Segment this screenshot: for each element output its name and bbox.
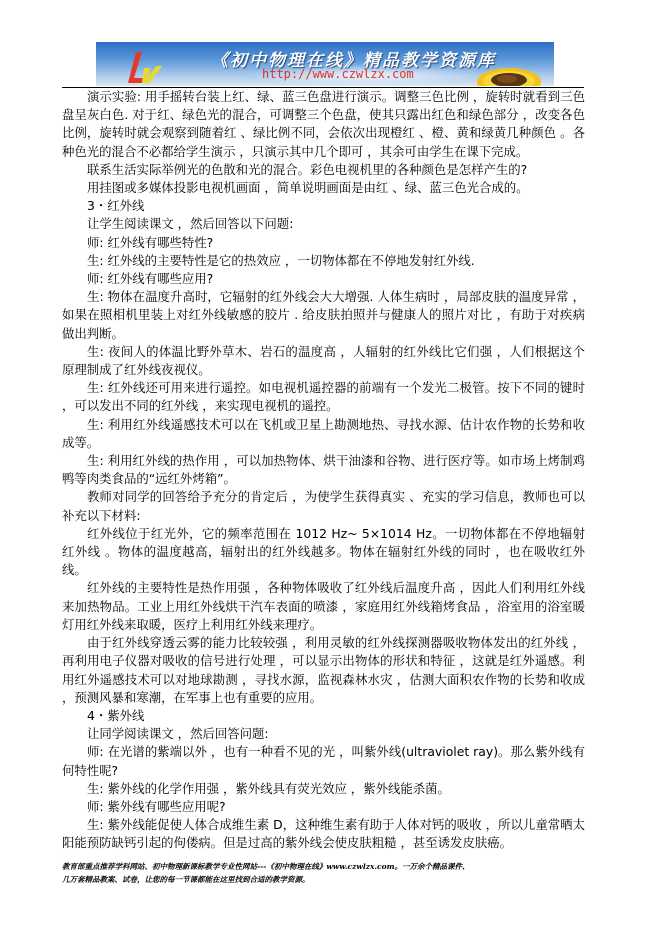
- footer-line-2: 几万套精品教案、试卷，让您的每一节课都能在这里找到合适的教学资源。: [62, 873, 592, 886]
- paragraph: 演示实验: 用手摇转台装上红、绿、蓝三色盘进行演示。调整三色比例 ，旋转时就看到…: [62, 88, 585, 161]
- dialogue-line: 生: 红外线还可用来进行遥控。如电视机遥控器的前端有一个发光二极管。按下不同的键…: [62, 379, 585, 415]
- dialogue-line: 生: 物体在温度升高时，它辐射的红外线会大大增强. 人体生病时 ，局部皮肤的温度…: [62, 288, 585, 343]
- dialogue-line: 师: 紫外线有哪些应用呢?: [62, 798, 585, 816]
- dialogue-line: 生: 紫外线能促使人体合成维生素 D，这种维生素有助于人体对钙的吸收 ，所以儿童…: [62, 816, 585, 852]
- dialogue-line: 生: 红外线的主要特性是它的热效应 ，一切物体都在不停地发射红外线.: [62, 252, 585, 270]
- dialogue-line: 师: 红外线有哪些特性?: [62, 234, 585, 252]
- document-body: 演示实验: 用手摇转台装上红、绿、蓝三色盘进行演示。调整三色比例 ，旋转时就看到…: [62, 88, 585, 853]
- section-heading: 4・紫外线: [62, 707, 585, 725]
- site-banner: 《初中物理在线》精品教学资源库 http://www.czwlzx.com: [96, 42, 554, 86]
- paragraph: 红外线位于红光外，它的频率范围在 1012 Hz~ 5×1014 Hz。一切物体…: [62, 525, 585, 580]
- dialogue-line: 生: 紫外线的化学作用强 ，紫外线具有荧光效应 ，紫外线能杀菌。: [62, 780, 585, 798]
- section-heading: 3・红外线: [62, 197, 585, 215]
- dialogue-line: 师: 在光谱的紫端以外 ，也有一种看不见的光 ，叫紫外线(ultraviolet…: [62, 743, 585, 779]
- dialogue-line: 生: 利用红外线遥感技术可以在飞机或卫星上勘测地热、寻找水源、估计农作物的长势和…: [62, 416, 585, 452]
- paragraph: 教师对同学的回答给予充分的肯定后 ，为使学生获得真实 、充实的学习信息，教师也可…: [62, 488, 585, 524]
- sunflower-icon: [471, 62, 541, 86]
- footer-line-1: 教育部重点推荐学科网站、初中物理新课标教学专业性网站---《初中物理在线》www…: [62, 860, 592, 873]
- page-footer: 教育部重点推荐学科网站、初中物理新课标教学专业性网站---《初中物理在线》www…: [62, 860, 592, 886]
- dialogue-line: 师: 红外线有哪些应用?: [62, 270, 585, 288]
- dialogue-line: 生: 利用红外线的热作用 ，可以加热物体、烘干油漆和谷物、进行医疗等。如市场上烤…: [62, 452, 585, 488]
- paragraph: 由于红外线穿透云雾的能力比较较强 ，利用灵敏的红外线探测器吸收物体发出的红外线 …: [62, 634, 585, 707]
- dialogue-line: 生: 夜间人的体温比野外草木、岩石的温度高 ，人辐射的红外线比它们强 ，人们根据…: [62, 343, 585, 379]
- banner-url-link[interactable]: http://www.czwlzx.com: [262, 67, 414, 81]
- site-logo-icon: [126, 50, 166, 84]
- paragraph: 红外线的主要特性是热作用强 ，各种物体吸收了红外线后温度升高 ，因此人们利用红外…: [62, 579, 585, 634]
- paragraph: 联系生活实际举例光的色散和光的混合。彩色电视机里的各种颜色是怎样产生的?: [62, 161, 585, 179]
- paragraph: 用挂图或多媒体投影电视机画面 ，简单说明画面是由红 、绿、蓝三色光合成的。: [62, 179, 585, 197]
- paragraph: 让学生阅读课文 ，然后回答以下问题:: [62, 215, 585, 233]
- paragraph: 让同学阅读课文 ，然后回答问题:: [62, 725, 585, 743]
